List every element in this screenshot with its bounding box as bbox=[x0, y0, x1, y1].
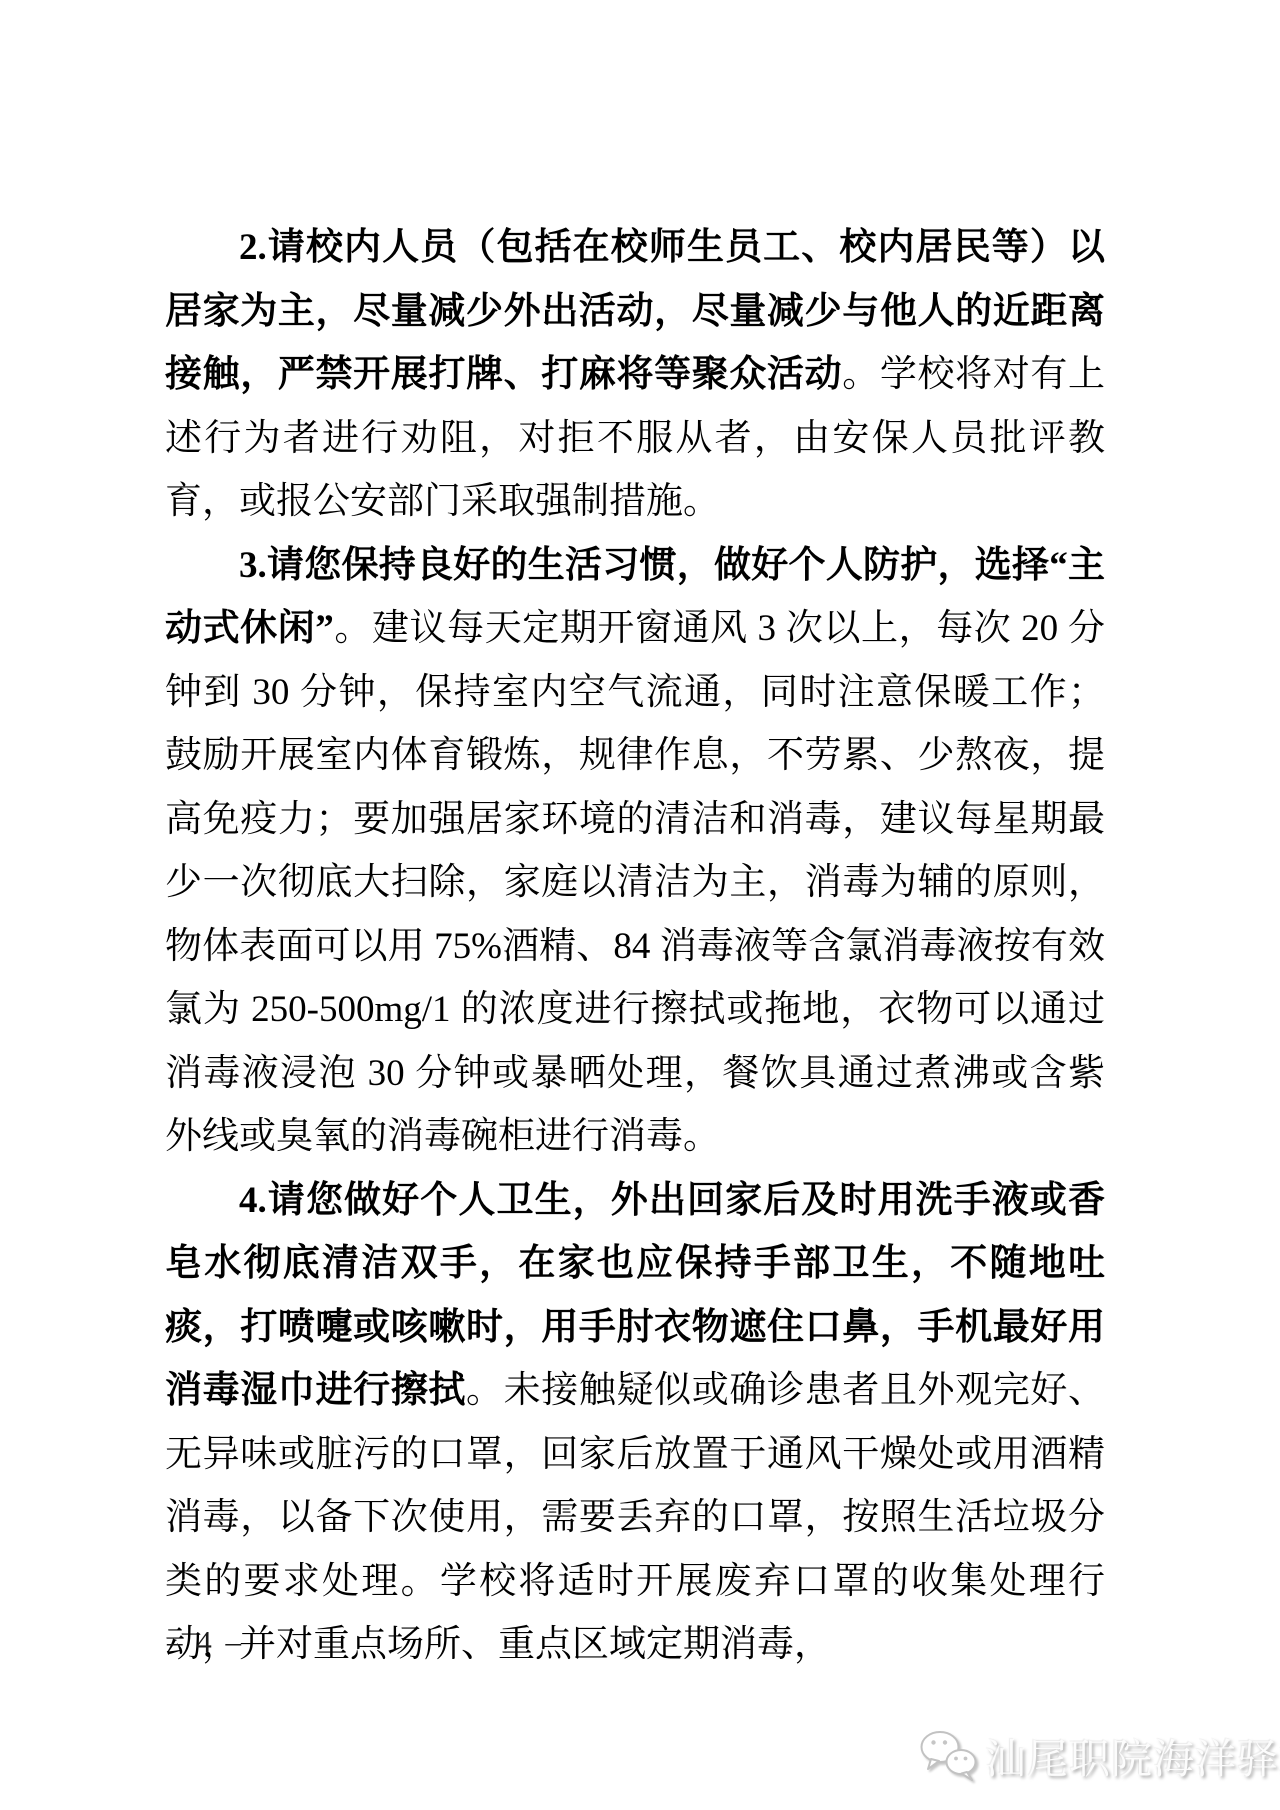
text-segment-regular: 。建议每天定期开窗通风 3 次以上，每次 20 分钟到 30 分钟，保持室内空气… bbox=[165, 608, 1105, 1157]
page-number: – 4 – bbox=[167, 1624, 244, 1660]
paragraph: 4.请您做好个人卫生，外出回家后及时用洗手液或香皂水彻底清洁双手，在家也应保持手… bbox=[165, 1169, 1105, 1677]
watermark: 汕尾职院海洋驿站 bbox=[918, 1726, 1280, 1785]
text-segment-regular: 。未接触疑似或确诊患者且外观完好、无异味或脏污的口罩，回家后放置于通风干燥处或用… bbox=[165, 1370, 1105, 1665]
wechat-icon bbox=[918, 1729, 980, 1783]
document-page: 2.请校内人员（包括在校师生员工、校内居民等）以居家为主，尽量减少外出活动，尽量… bbox=[0, 0, 1280, 1810]
paragraph: 3.请您保持良好的生活习惯，做好个人防护，选择“主动式休闲”。建议每天定期开窗通… bbox=[165, 534, 1105, 1169]
paragraph: 2.请校内人员（包括在校师生员工、校内居民等）以居家为主，尽量减少外出活动，尽量… bbox=[165, 216, 1105, 534]
watermark-label: 汕尾职院海洋驿站 bbox=[985, 1726, 1280, 1785]
document-body: 2.请校内人员（包括在校师生员工、校内居民等）以居家为主，尽量减少外出活动，尽量… bbox=[165, 216, 1105, 1677]
